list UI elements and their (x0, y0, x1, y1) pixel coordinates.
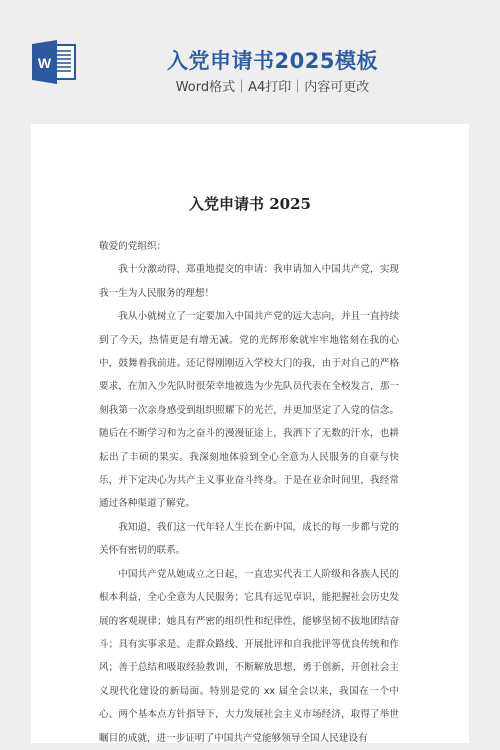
paragraph: 中国共产党从她成立之日起，一直忠实代表工人阶级和各族人民的根本利益，全心全意为人… (99, 563, 399, 750)
greeting: 敬爱的党组织： (99, 235, 399, 258)
document-page: 入党申请书 2025 敬爱的党组织： 我十分激动得、郑重地提交的申请：我申请加入… (31, 124, 469, 743)
paragraph: 我从小就树立了一定要加入中国共产党的远大志向，并且一直持续到了今天，热情更是有增… (99, 305, 399, 516)
page-subtitle: Word格式｜A4打印｜内容可更改 (0, 76, 500, 95)
paragraph: 我十分激动得、郑重地提交的申请：我申请加入中国共产党，实现我一生为人民服务的理想… (99, 258, 399, 305)
document-body: 敬爱的党组织： 我十分激动得、郑重地提交的申请：我申请加入中国共产党，实现我一生… (99, 235, 399, 750)
page-title: 入党申请书2025模板 (0, 45, 500, 75)
document-title: 入党申请书 2025 (31, 193, 469, 214)
paragraph: 我知道，我们这一代年轻人生长在新中国，成长的每一步都与党的关怀有密切的联系。 (99, 516, 399, 563)
